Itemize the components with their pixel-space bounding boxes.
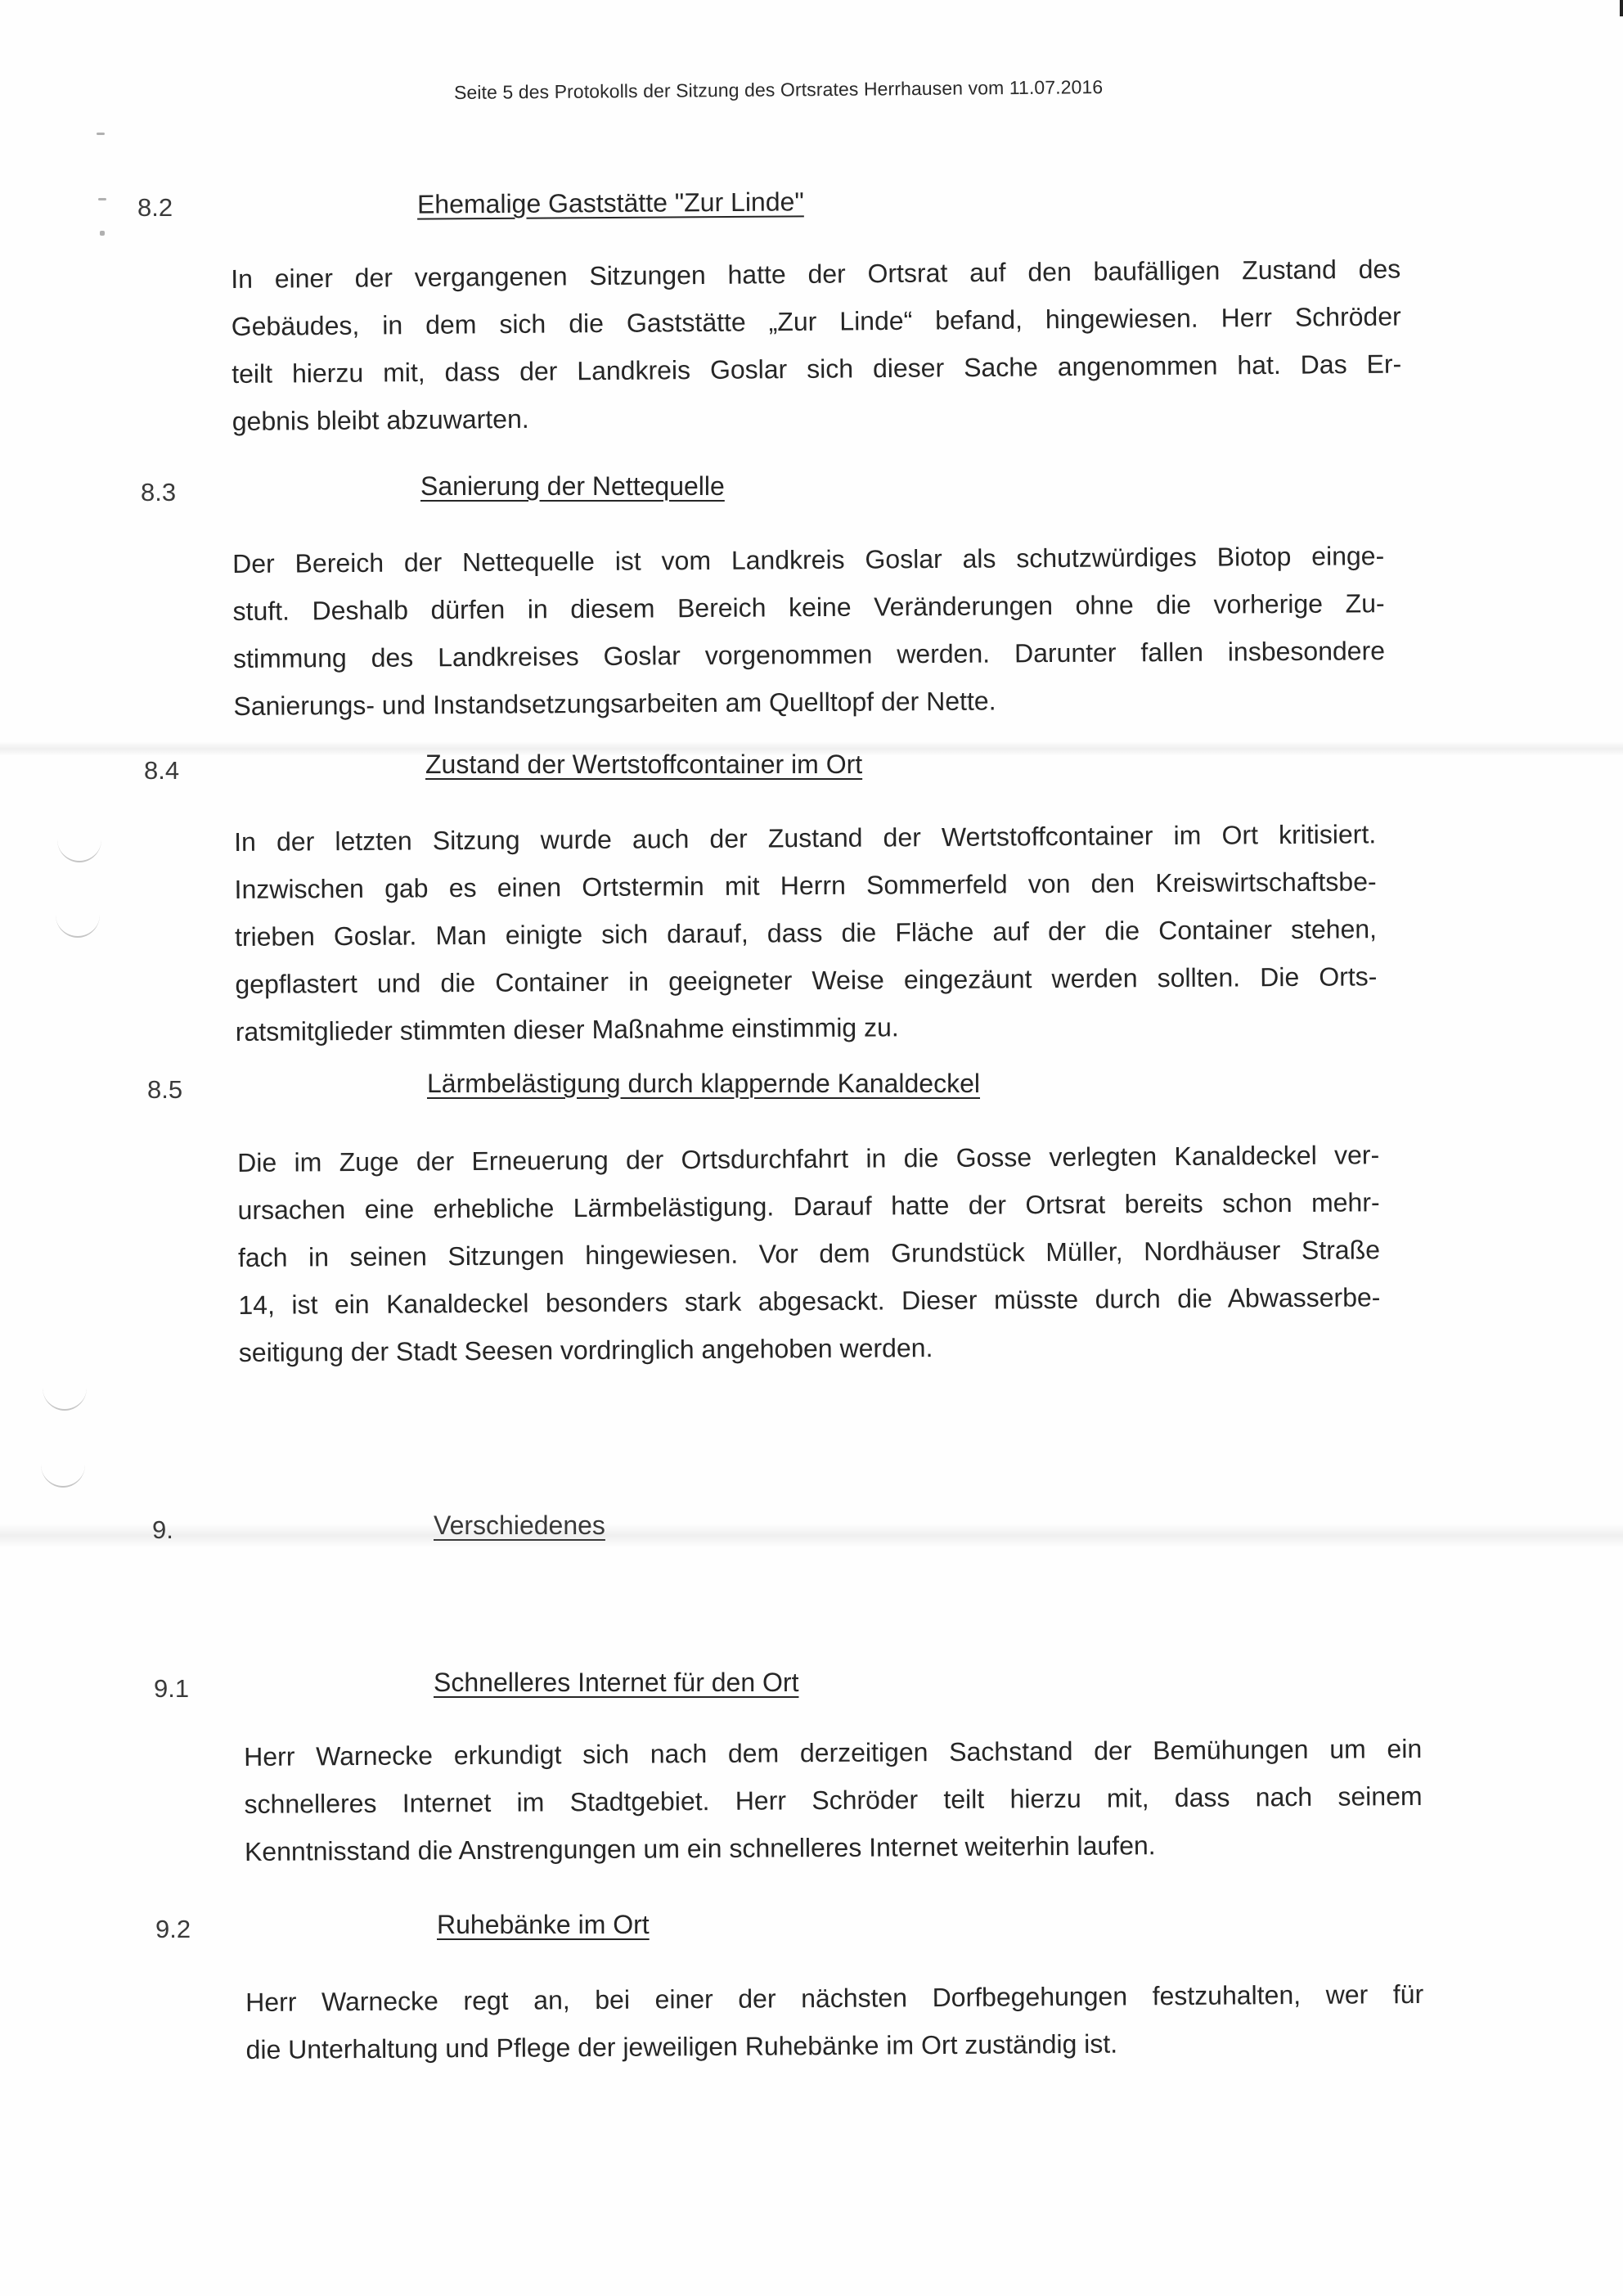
body-line: trieben Goslar. Man einigte sich darauf,… <box>235 905 1377 961</box>
body-line: fach in seinen Sitzungen hingewiesen. Vo… <box>238 1226 1380 1281</box>
section-body: Die im Zuge der Erneuerung der Ortsdurch… <box>237 1131 1381 1376</box>
section-number: 8.2 <box>137 193 173 223</box>
body-line: Die im Zuge der Erneuerung der Ortsdurch… <box>237 1131 1379 1186</box>
body-line: seitigung der Stadt Seesen vordringlich … <box>239 1321 1381 1376</box>
section-title: Ruhebänke im Ort <box>437 1910 650 1940</box>
scan-fold-shadow <box>0 1524 1623 1548</box>
body-line: Kenntnisstand die Anstrengungen um ein s… <box>245 1820 1423 1875</box>
section-title: Verschiedenes <box>434 1510 605 1541</box>
body-line: Sanierungs- und Instandsetzungsarbeiten … <box>233 674 1385 730</box>
body-line: Inzwischen gab es einen Ortstermin mit H… <box>234 858 1376 913</box>
body-line: ursachen eine erhebliche Lärmbelästigung… <box>237 1178 1379 1234</box>
body-line: 14, ist ein Kanaldeckel besonders stark … <box>238 1273 1380 1329</box>
section-title: Schnelleres Internet für den Ort <box>434 1668 798 1698</box>
body-line: ratsmitglieder stimmten dieser Maßnahme … <box>236 1000 1378 1056</box>
punch-hole-mark <box>56 892 100 938</box>
body-line: Der Bereich der Nettequelle ist vom Land… <box>232 532 1384 588</box>
body-line: die Unterhaltung und Pflege der jeweilig… <box>245 2018 1423 2073</box>
scan-corner-mark <box>1620 0 1623 16</box>
body-line: In der letzten Sitzung wurde auch der Zu… <box>234 810 1376 866</box>
section-body: In der letzten Sitzung wurde auch der Zu… <box>234 810 1378 1056</box>
section-title: Sanierung der Nettequelle <box>420 471 725 502</box>
section-number: 8.3 <box>141 478 176 507</box>
body-line: schnelleres Internet im Stadtgebiet. Her… <box>244 1772 1422 1828</box>
section-title: Zustand der Wertstoffcontainer im Ort <box>425 750 862 780</box>
section-body: Herr Warnecke regt an, bei einer der näc… <box>245 1970 1424 2073</box>
scan-speck <box>100 231 105 236</box>
body-line: stuft. Deshalb dürfen in diesem Bereich … <box>232 579 1384 635</box>
section-number: 9.2 <box>155 1915 191 1944</box>
body-line: Herr Warnecke erkundigt sich nach dem de… <box>244 1725 1422 1781</box>
punch-hole-mark <box>41 1442 85 1488</box>
section-title: Lärmbelästigung durch klappernde Kanalde… <box>427 1069 980 1099</box>
running-header: Seite 5 des Protokolls der Sitzung des O… <box>454 76 1103 104</box>
body-line: gepflastert und die Container in geeigne… <box>235 952 1377 1008</box>
body-line: Herr Warnecke regt an, bei einer der näc… <box>245 1970 1423 2026</box>
section-body: Der Bereich der Nettequelle ist vom Land… <box>232 532 1386 730</box>
section-title: Ehemalige Gaststätte "Zur Linde" <box>417 187 804 219</box>
punch-hole-mark <box>43 1365 87 1411</box>
section-number: 9.1 <box>154 1674 189 1704</box>
scan-speck <box>98 198 106 200</box>
section-body: Herr Warnecke erkundigt sich nach dem de… <box>244 1725 1423 1875</box>
scanned-page: Seite 5 des Protokolls der Sitzung des O… <box>0 0 1623 2296</box>
scan-speck <box>97 133 105 135</box>
body-line: stimmung des Landkreises Goslar vorgenom… <box>233 627 1385 682</box>
punch-hole-mark <box>57 817 101 862</box>
section-number: 8.5 <box>147 1075 182 1105</box>
section-body: In einer der vergangenen Sitzungen hatte… <box>231 245 1402 445</box>
section-number: 8.4 <box>144 756 179 786</box>
body-line: gebnis bleibt abzuwarten. <box>232 388 1402 445</box>
section-number: 9. <box>152 1515 173 1545</box>
